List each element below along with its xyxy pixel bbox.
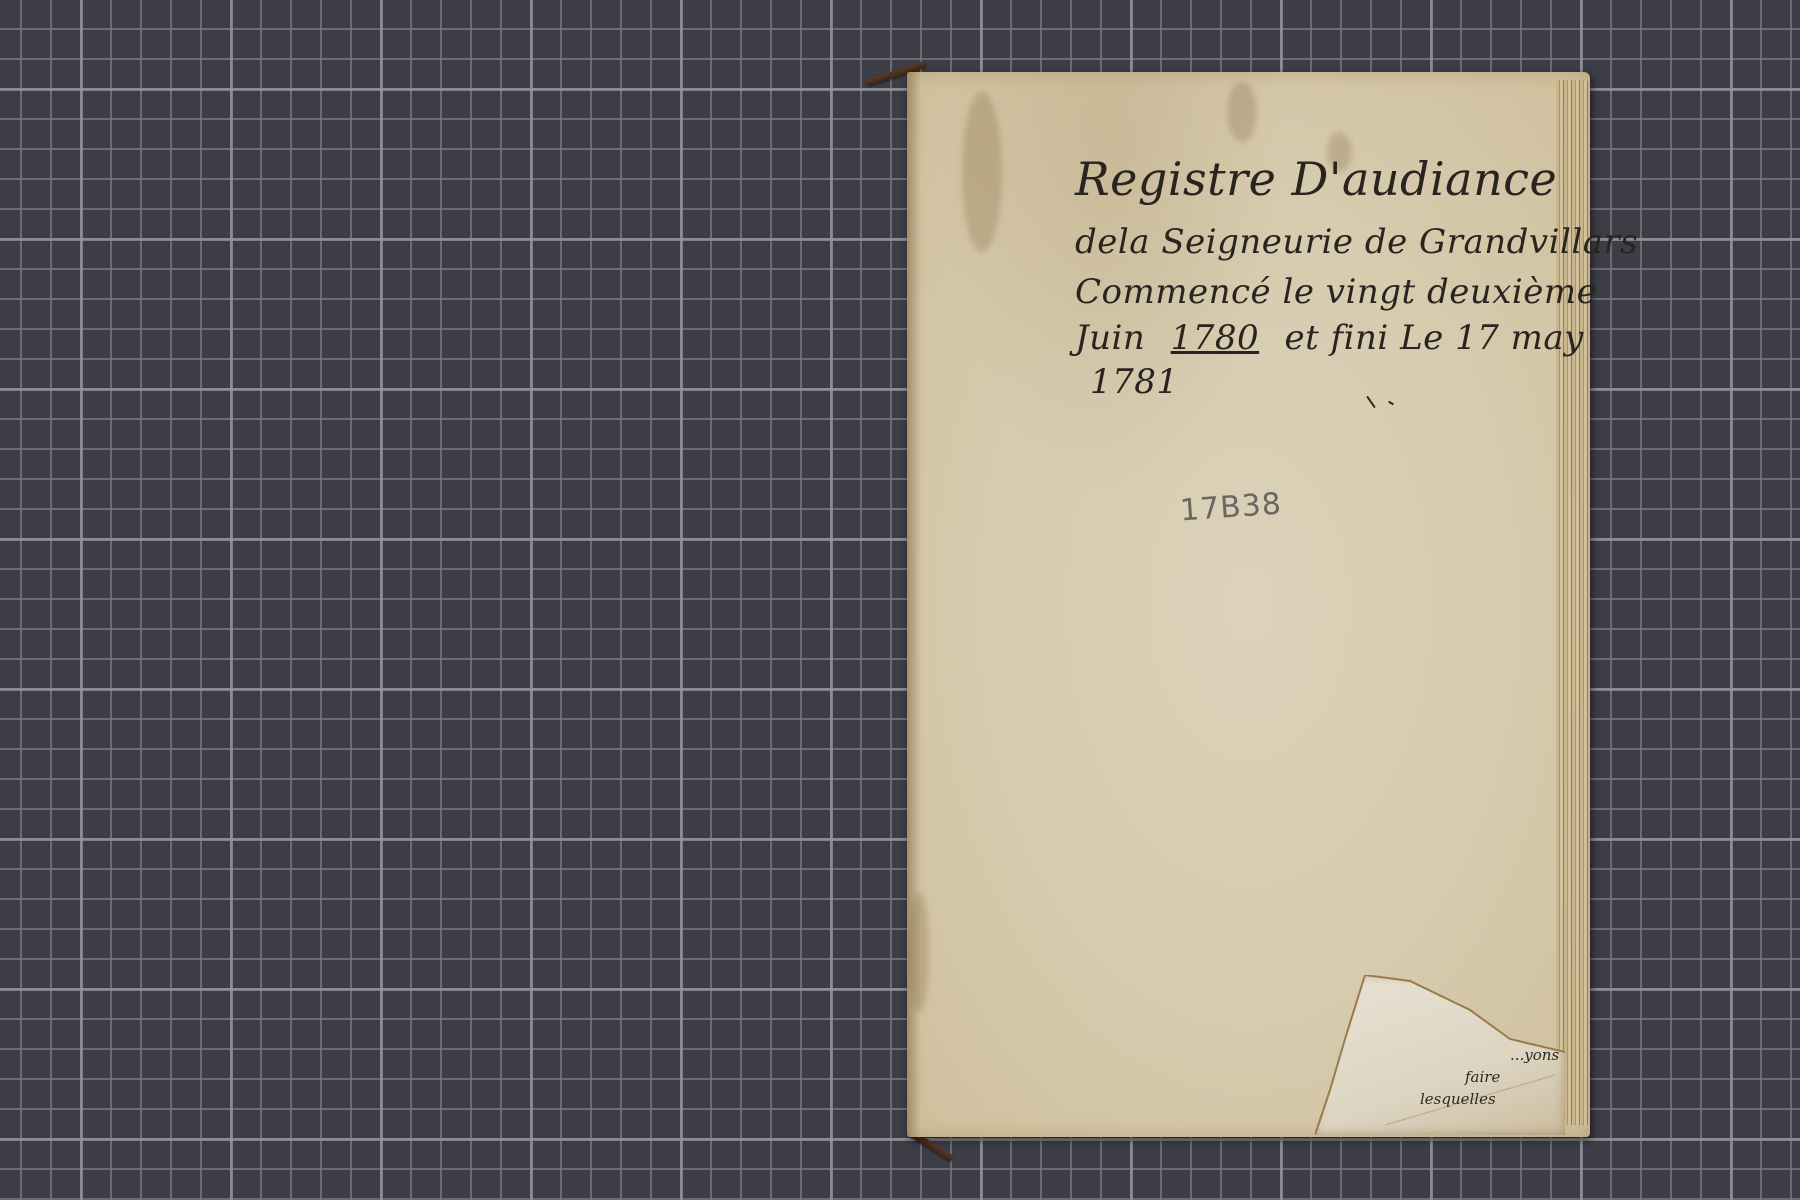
stain	[962, 92, 1002, 252]
corner-fragment-3: lesquelles	[1420, 1090, 1496, 1108]
corner-fragment-1: ...yons	[1510, 1046, 1559, 1064]
end-date: et fini Le 17 may	[1284, 318, 1583, 358]
title-line-5: 1781	[1090, 362, 1179, 402]
title-line-3: Commencé le vingt deuxième	[1075, 272, 1597, 312]
month: Juin	[1075, 318, 1145, 358]
title-line-2: dela Seigneurie de Grandvillars	[1075, 222, 1638, 262]
start-year: 1780	[1171, 318, 1260, 358]
stain	[909, 892, 929, 1012]
corner-fragment-2: faire	[1465, 1068, 1500, 1086]
title-line-1: Registre D'audiance	[1075, 152, 1557, 206]
catalog-number: 17B38	[1179, 486, 1283, 528]
stain	[1227, 82, 1257, 142]
title-line-4: Juin 1780 et fini Le 17 may	[1075, 318, 1584, 358]
